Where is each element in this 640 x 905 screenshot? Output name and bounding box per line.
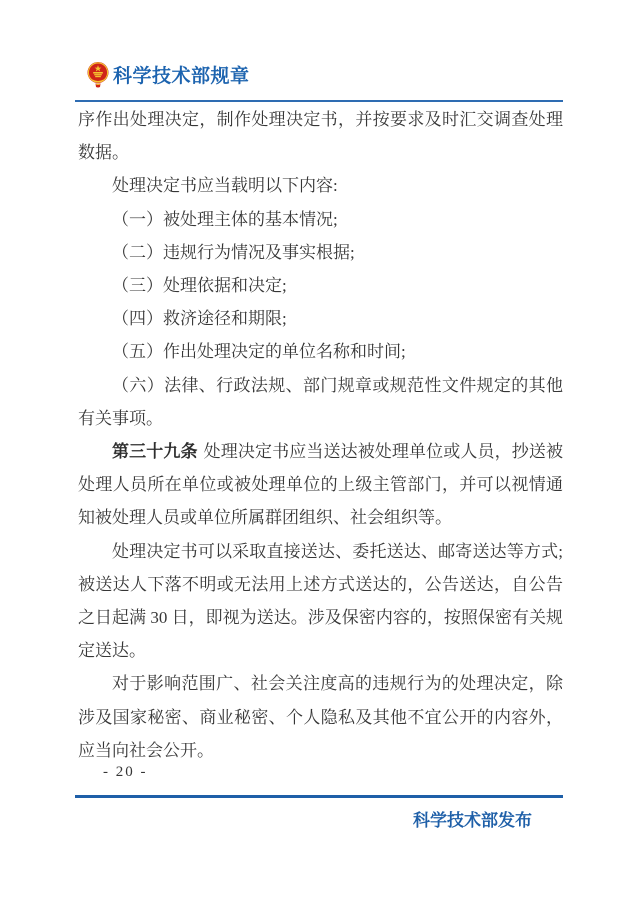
list-item-paragraph: （二）违规行为情况及事实根据; xyxy=(78,236,563,269)
china-national-emblem-icon xyxy=(87,61,109,88)
body-paragraph: 处理决定书应当载明以下内容: xyxy=(78,169,563,202)
page-number: - 20 - xyxy=(103,764,148,781)
article-number-label: 第三十九条 xyxy=(112,442,198,461)
body-paragraph: 对于影响范围广、社会关注度高的违规行为的处理决定，除涉及国家秘密、商业秘密、个人… xyxy=(78,667,563,767)
footer-publisher: 科学技术部发布 xyxy=(413,806,532,831)
body-paragraph: 序作出处理决定，制作处理决定书，并按要求及时汇交调查处理数据。 xyxy=(78,103,563,169)
article-paragraph: 第三十九条处理决定书应当送达被处理单位或人员，抄送被处理人员所在单位或被处理单位… xyxy=(78,435,563,535)
page-header: 科学技术部规章 xyxy=(87,61,250,88)
body-paragraph: 处理决定书可以采取直接送达、委托送达、邮寄送达等方式;被送达人下落不明或无法用上… xyxy=(78,535,563,668)
list-item-paragraph: （五）作出处理决定的单位名称和时间; xyxy=(78,335,563,368)
list-item-paragraph: （一）被处理主体的基本情况; xyxy=(78,203,563,236)
header-title: 科学技术部规章 xyxy=(113,61,250,88)
header-divider-line xyxy=(75,100,563,102)
footer-divider-line xyxy=(75,795,563,798)
document-body: 序作出处理决定，制作处理决定书，并按要求及时汇交调查处理数据。 处理决定书应当载… xyxy=(78,103,563,767)
list-item-paragraph: （六）法律、行政法规、部门规章或规范性文件规定的其他有关事项。 xyxy=(78,369,563,435)
list-item-paragraph: （三）处理依据和决定; xyxy=(78,269,563,302)
document-page: 科学技术部规章 序作出处理决定，制作处理决定书，并按要求及时汇交调查处理数据。 … xyxy=(0,0,640,905)
list-item-paragraph: （四）救济途径和期限; xyxy=(78,302,563,335)
